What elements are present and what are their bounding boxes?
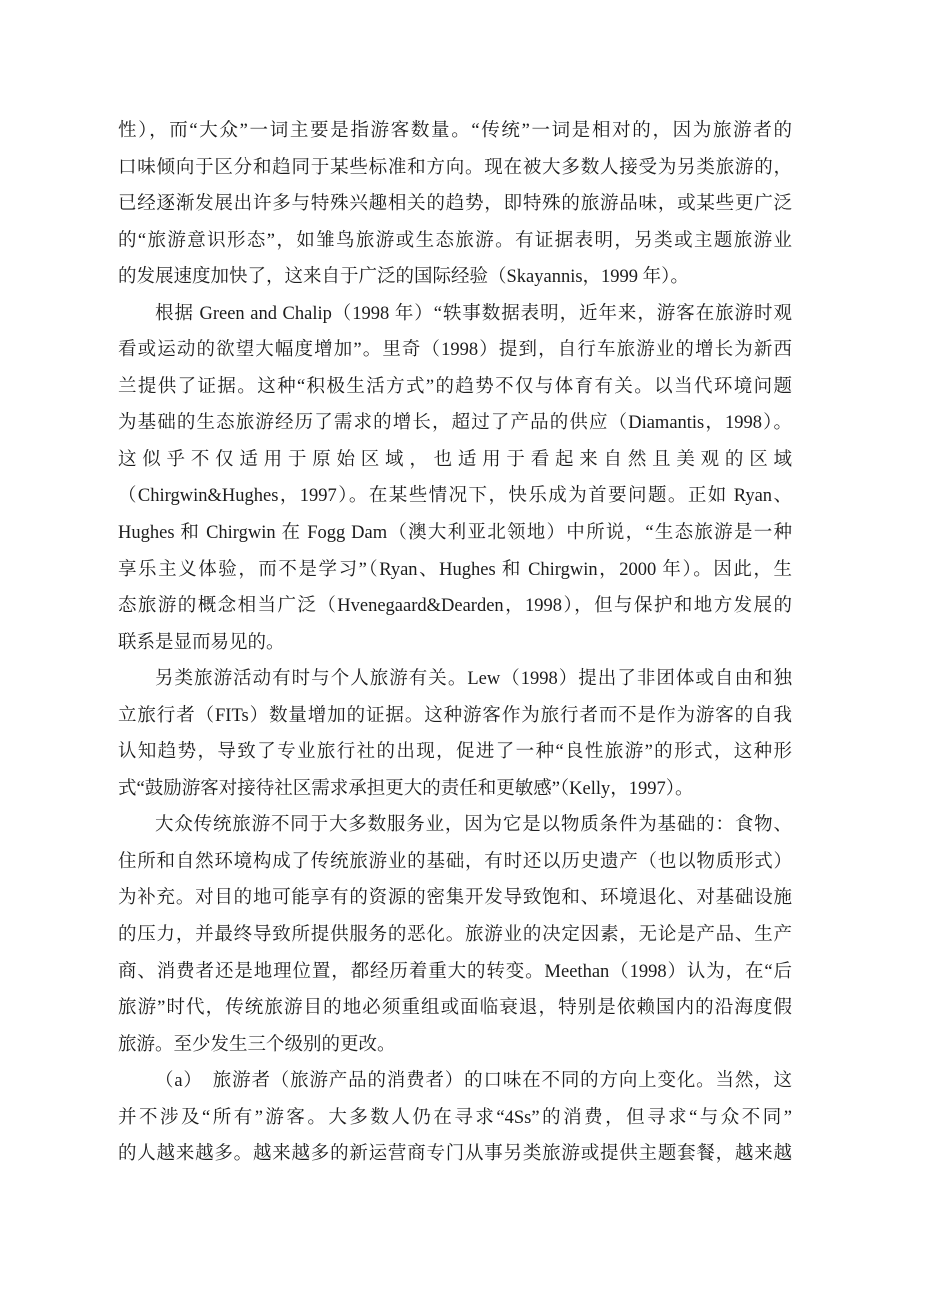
text-line: 已经逐渐发展出许多与特殊兴趣相关的趋势，即特殊的旅游品味，或某些更广泛	[118, 186, 792, 223]
text-line: 另类旅游活动有时与个人旅游有关。Lew（1998）提出了非团体或自由和独	[118, 661, 792, 698]
text-line: 联系是显而易见的。	[118, 625, 792, 662]
text-line: 这似乎不仅适用于原始区域，也适用于看起来自然且美观的区域	[118, 442, 792, 479]
text-line: 性），而“大众”一词主要是指游客数量。“传统”一词是相对的，因为旅游者的	[118, 113, 792, 150]
text-line: （a） 旅游者（旅游产品的消费者）的口味在不同的方向上变化。当然，这	[118, 1063, 792, 1100]
text-line: 享乐主义体验，而不是学习”（Ryan、Hughes 和 Chirgwin，200…	[118, 552, 792, 589]
text-line: 根据 Green and Chalip（1998 年）“轶事数据表明，近年来，游…	[118, 296, 792, 333]
paragraph-4: 大众传统旅游不同于大多数服务业，因为它是以物质条件为基础的：食物、 住所和自然环…	[118, 807, 792, 1063]
text-line: 口味倾向于区分和趋同于某些标准和方向。现在被大多数人接受为另类旅游的，	[118, 150, 792, 187]
text-line: 并不涉及“所有”游客。大多数人仍在寻求“4Ss”的消费，但寻求“与众不同”	[118, 1100, 792, 1137]
text-line: 为基础的生态旅游经历了需求的增长，超过了产品的供应（Diamantis，1998…	[118, 405, 792, 442]
text-line: 住所和自然环境构成了传统旅游业的基础，有时还以历史遗产（也以物质形式）	[118, 844, 792, 881]
text-line: 大众传统旅游不同于大多数服务业，因为它是以物质条件为基础的：食物、	[118, 807, 792, 844]
text-line: 的压力，并最终导致所提供服务的恶化。旅游业的决定因素，无论是产品、生产	[118, 917, 792, 954]
text-line: 商、消费者还是地理位置，都经历着重大的转变。Meethan（1998）认为，在“…	[118, 954, 792, 991]
text-line: 兰提供了证据。这种“积极生活方式”的趋势不仅与体育有关。以当代环境问题	[118, 369, 792, 406]
text-line: 看或运动的欲望大幅度增加”。里奇（1998）提到，自行车旅游业的增长为新西	[118, 332, 792, 369]
document-page: 性），而“大众”一词主要是指游客数量。“传统”一词是相对的，因为旅游者的 口味倾…	[0, 0, 926, 1309]
paragraph-2: 根据 Green and Chalip（1998 年）“轶事数据表明，近年来，游…	[118, 296, 792, 661]
text-line: （Chirgwin&Hughes，1997）。在某些情况下，快乐成为首要问题。正…	[118, 478, 792, 515]
text-line: 旅游”时代，传统旅游目的地必须重组或面临衰退，特别是依赖国内的沿海度假	[118, 990, 792, 1027]
text-line: 的“旅游意识形态”，如雏鸟旅游或生态旅游。有证据表明，另类或主题旅游业	[118, 223, 792, 260]
text-line: 为补充。对目的地可能享有的资源的密集开发导致饱和、环境退化、对基础设施	[118, 880, 792, 917]
text-line: 的发展速度加快了，这来自于广泛的国际经验（Skayannis，1999 年）。	[118, 259, 792, 296]
text-block: 性），而“大众”一词主要是指游客数量。“传统”一词是相对的，因为旅游者的 口味倾…	[118, 113, 792, 1173]
paragraph-1: 性），而“大众”一词主要是指游客数量。“传统”一词是相对的，因为旅游者的 口味倾…	[118, 113, 792, 296]
text-line: 式“鼓励游客对接待社区需求承担更大的责任和更敏感”（Kelly，1997）。	[118, 771, 792, 808]
text-line: Hughes 和 Chirgwin 在 Fogg Dam（澳大利亚北领地）中所说…	[118, 515, 792, 552]
paragraph-3: 另类旅游活动有时与个人旅游有关。Lew（1998）提出了非团体或自由和独 立旅行…	[118, 661, 792, 807]
text-line: 态旅游的概念相当广泛（Hvenegaard&Dearden，1998），但与保护…	[118, 588, 792, 625]
paragraph-5: （a） 旅游者（旅游产品的消费者）的口味在不同的方向上变化。当然，这 并不涉及“…	[118, 1063, 792, 1173]
text-line: 的人越来越多。越来越多的新运营商专门从事另类旅游或提供主题套餐，越来越	[118, 1136, 792, 1173]
text-line: 立旅行者（FITs）数量增加的证据。这种游客作为旅行者而不是作为游客的自我	[118, 698, 792, 735]
text-line: 认知趋势，导致了专业旅行社的出现，促进了一种“良性旅游”的形式，这种形	[118, 734, 792, 771]
text-line: 旅游。至少发生三个级别的更改。	[118, 1027, 792, 1064]
